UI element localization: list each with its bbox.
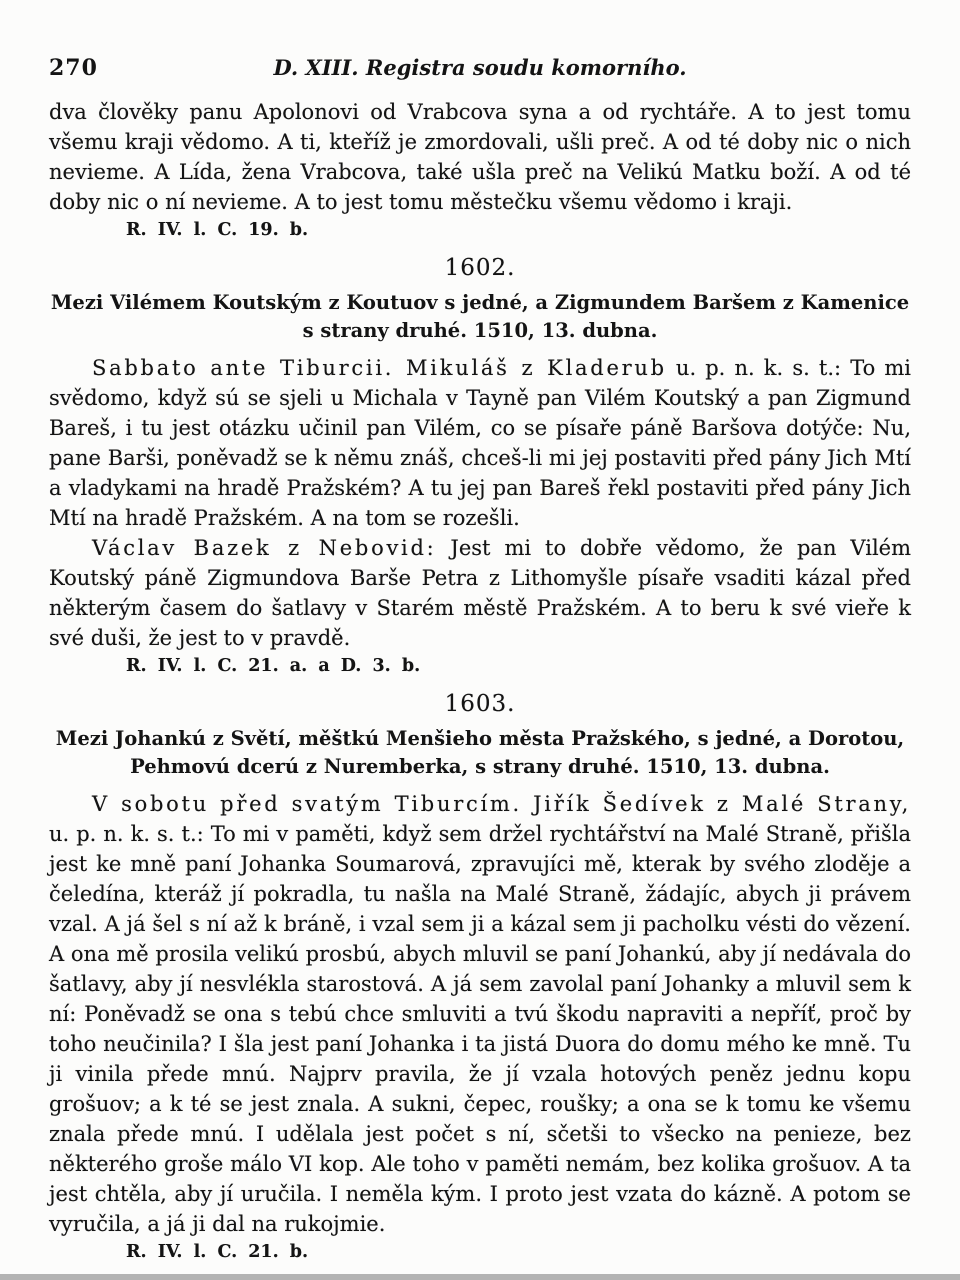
running-title: D. XIII. Registra soudu komorního. [49, 55, 911, 80]
text-block: 270 D. XIII. Registra soudu komorního. d… [0, 0, 960, 1263]
testimony-lead-jirik: V sobotu před svatým Tiburcím. Jiřík Šed… [92, 792, 911, 816]
testimony-paragraph-jirik: V sobotu před svatým Tiburcím. Jiřík Šed… [49, 789, 911, 1239]
testimony-paragraph-vaclav: Václav Bazek z Nebovid: Jest mi to dobře… [49, 533, 911, 653]
scan-bottom-edge [0, 1274, 960, 1280]
running-header: 270 D. XIII. Registra soudu komorního. [49, 55, 911, 81]
entry-number-1602: 1602. [49, 255, 911, 281]
testimony-text-jirik: u. p. n. k. s. t.: To mi v paměti, když … [49, 822, 911, 1236]
source-citation-1: R. IV. l. C. 19. b. [126, 219, 911, 241]
testimony-lead-mikulas: Sabbato ante Tiburcii. Mikuláš z Kladeru… [92, 356, 667, 380]
testimony-paragraph-mikulas: Sabbato ante Tiburcii. Mikuláš z Kladeru… [49, 353, 911, 533]
entry-number-1603: 1603. [49, 691, 911, 717]
entry-summary-1602: Mezi Vilémem Koutským z Koutuov s jedné,… [49, 289, 911, 345]
source-citation-3: R. IV. l. C. 21. b. [126, 1241, 911, 1263]
source-citation-2: R. IV. l. C. 21. a. a D. 3. b. [126, 655, 911, 677]
testimony-text-mikulas: u. p. n. k. s. t.: To mi svědomo, když s… [49, 356, 911, 530]
continuation-paragraph: dva člověky panu Apolonovi od Vrabcova s… [49, 97, 911, 217]
scanned-book-page: 270 D. XIII. Registra soudu komorního. d… [0, 0, 960, 1280]
testimony-lead-vaclav: Václav Bazek z Nebovid: [92, 536, 436, 560]
entry-summary-1603: Mezi Johankú z Světí, měštkú Menšieho mě… [49, 725, 911, 781]
